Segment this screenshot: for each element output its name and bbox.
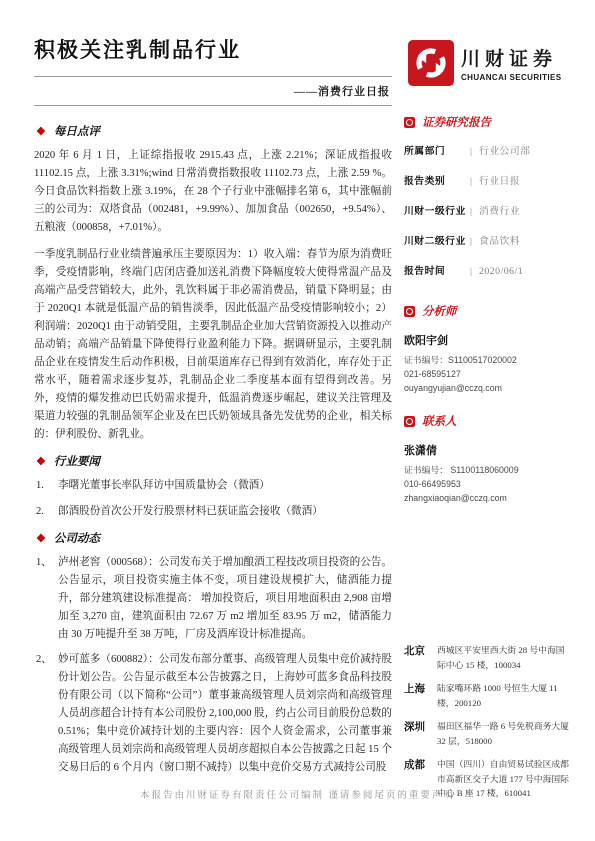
brand-name-cn: 川财证券 [461,44,562,71]
content-columns: ❖ 每日点评 2020 年 6 月 1 日，上证综指报收 2915.43 点，上… [0,106,595,810]
meta-separator: | [470,146,472,157]
analyst-cert: 证书编号：S1100517020002 [404,353,571,367]
sidebar-heading-analyst-label: 分析师 [422,303,457,319]
brand-logo: 川财证券 CHUANCAI SECURITIES [408,40,562,91]
office-shanghai: 上海 陆家嘴环路 1000 号恒生大厦 11 楼，200120 [404,681,571,710]
news-item-number: 2. [36,503,58,521]
meta-value: 消费行业 [479,203,520,217]
red-square-marker-icon [404,117,415,128]
header-title-block: 积极关注乳制品行业 ——消费行业日报 [34,38,392,106]
section-heading-company: ❖ 公司动态 [36,530,392,546]
report-subtitle: ——消费行业日报 [34,77,392,105]
brand-name: 川财证券 CHUANCAI SECURITIES [461,44,562,82]
meta-separator: | [470,206,472,217]
meta-row-industry-l1: 川财一级行业 | 消费行业 [404,203,571,217]
analyst-email: ouyangyujian@cczq.com [404,381,571,395]
news-item-text: 郎酒股份首次公开发行股票材料已获证监会接收（微酒） [58,503,392,521]
page-footer-disclaimer: 本报告由川财证券有限责任公司编制 谨请参阅尾页的重要声明 [0,787,595,801]
diamond-bullet-icon: ❖ [36,455,46,468]
contact-block: 联系人 张潇倩 证书编号： S1100118060009 010-6649595… [404,413,571,505]
company-item-number: 1、 [36,554,58,644]
contact-cert: 证书编号： S1100118060009 [404,463,571,477]
contact-phone: 010-66495953 [404,477,571,491]
red-square-marker-icon [404,306,415,317]
contact-name: 张潇倩 [404,442,571,458]
meta-label: 所属部门 [404,143,470,157]
company-item-number: 2、 [36,651,58,777]
meta-row-department: 所属部门 | 行业公司部 [404,143,571,157]
meta-value: 行业公司部 [479,143,530,157]
contact-email: zhangxiaoqian@cczq.com [404,491,571,505]
news-item: 2. 郎酒股份首次公开发行股票材料已获证监会接收（微酒） [36,503,392,521]
contact-card: 张潇倩 证书编号： S1100118060009 010-66495953 zh… [404,442,571,505]
meta-value: 2020/06/1 [479,266,523,277]
brand-logo-icon [408,40,454,91]
news-item-number: 1. [36,477,58,495]
meta-separator: | [470,176,472,187]
meta-separator: | [470,266,472,277]
section-heading-news-label: 行业要闻 [54,453,100,469]
sidebar-heading-report: 证券研究报告 [404,114,571,130]
office-list: 北京 西城区平安里西大街 28 号中海国际中心 15 楼，100034 上海 陆… [404,643,571,801]
company-list: 1、 泸州老窖（000568）：公司发布关于增加酿酒工程技改项目投资的公告。公告… [34,554,392,777]
meta-value: 食品饮料 [479,233,520,247]
daily-paragraph-2: 一季度乳制品行业业绩普遍承压主要原因为：1）收入端：春节为原为消费旺季，受疫情影… [34,246,392,444]
meta-label: 川财二级行业 [404,233,470,247]
diamond-bullet-icon: ❖ [36,532,46,545]
meta-value: 行业日报 [479,173,520,187]
analyst-block: 分析师 欧阳宇剑 证书编号：S1100517020002 021-6859512… [404,303,571,395]
analyst-phone: 021-68595127 [404,367,571,381]
report-meta-list: 所属部门 | 行业公司部 报告类别 | 行业日报 川财一级行业 | 消费行业 川… [404,143,571,277]
meta-row-category: 报告类别 | 行业日报 [404,173,571,187]
report-header: 积极关注乳制品行业 ——消费行业日报 川财证券 CHUANCAI SECURIT… [0,0,595,106]
meta-separator: | [470,236,472,247]
meta-label: 报告时间 [404,263,470,277]
office-city: 深圳 [404,719,428,748]
report-sidebar: 证券研究报告 所属部门 | 行业公司部 报告类别 | 行业日报 川财一级行业 |… [404,114,571,810]
section-heading-daily: ❖ 每日点评 [36,123,392,139]
sidebar-heading-report-label: 证券研究报告 [422,114,491,130]
news-list: 1. 李曙光董事长率队拜访中国质量协会（微酒） 2. 郎酒股份首次公开发行股票材… [34,477,392,521]
meta-label: 报告类别 [404,173,470,187]
report-page: 积极关注乳制品行业 ——消费行业日报 川财证券 CHUANCAI SECURIT… [0,0,595,841]
sidebar-heading-analyst: 分析师 [404,303,571,319]
office-city: 上海 [404,681,428,710]
section-heading-daily-label: 每日点评 [54,123,100,139]
news-item: 1. 李曙光董事长率队拜访中国质量协会（微酒） [36,477,392,495]
sidebar-heading-contact: 联系人 [404,413,571,429]
office-address: 西城区平安里西大街 28 号中海国际中心 15 楼，100034 [437,643,571,672]
office-city: 北京 [404,643,428,672]
main-column: ❖ 每日点评 2020 年 6 月 1 日，上证综指报收 2915.43 点，上… [34,114,392,810]
section-heading-news: ❖ 行业要闻 [36,453,392,469]
daily-paragraph-1: 2020 年 6 月 1 日，上证综指报收 2915.43 点，上涨 2.21%… [34,147,392,237]
analyst-name: 欧阳宇剑 [404,332,571,348]
analyst-card: 欧阳宇剑 证书编号：S1100517020002 021-68595127 ou… [404,332,571,395]
office-shenzhen: 深圳 福田区福华一路 6 号免税商务大厦 32 层，518000 [404,719,571,748]
sidebar-heading-contact-label: 联系人 [422,413,457,429]
company-item: 1、 泸州老窖（000568）：公司发布关于增加酿酒工程技改项目投资的公告。公告… [36,554,392,644]
page-title: 积极关注乳制品行业 [34,38,392,63]
office-address: 福田区福华一路 6 号免税商务大厦 32 层，518000 [437,719,571,748]
company-item-text: 妙可蓝多（600882）：公司发布部分董事、高级管理人员集中竞价减持股份计划公告… [58,651,392,777]
meta-row-date: 报告时间 | 2020/06/1 [404,263,571,277]
office-beijing: 北京 西城区平安里西大街 28 号中海国际中心 15 楼，100034 [404,643,571,672]
company-item: 2、 妙可蓝多（600882）：公司发布部分董事、高级管理人员集中竞价减持股份计… [36,651,392,777]
office-address: 陆家嘴环路 1000 号恒生大厦 11 楼，200120 [437,681,571,710]
news-item-text: 李曙光董事长率队拜访中国质量协会（微酒） [58,477,392,495]
diamond-bullet-icon: ❖ [36,125,46,138]
title-divider-bottom [34,105,392,106]
red-square-marker-icon [404,416,415,427]
meta-row-industry-l2: 川财二级行业 | 食品饮料 [404,233,571,247]
brand-name-en: CHUANCAI SECURITIES [461,73,562,82]
company-item-text: 泸州老窖（000568）：公司发布关于增加酿酒工程技改项目投资的公告。公告显示，… [58,554,392,644]
meta-label: 川财一级行业 [404,203,470,217]
section-heading-company-label: 公司动态 [54,530,100,546]
